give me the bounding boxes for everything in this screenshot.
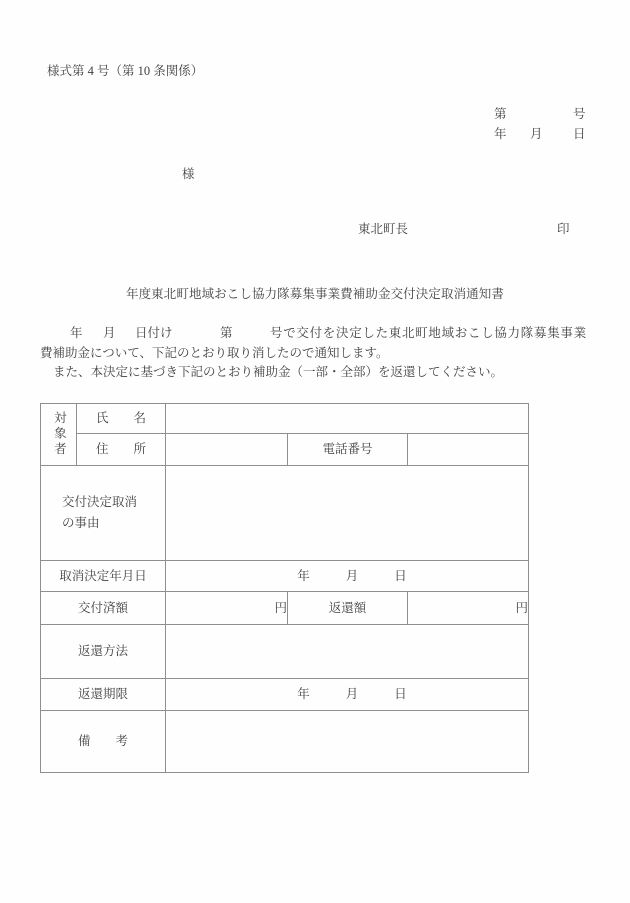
body-line1-number-prefix: 第 (220, 326, 233, 341)
doc-date-year-label: 年 (494, 127, 507, 142)
row-refund-deadline: 返還期限 年 月 日 (41, 679, 529, 711)
address-label-cell: 住 所 (77, 434, 166, 466)
row-name: 対象者 氏 名 (41, 404, 529, 434)
paid-amount-value-cell: 円 (166, 592, 288, 625)
body-line1-year-label: 年 (70, 326, 83, 341)
row-amounts: 交付済額 円 返還額 円 (41, 592, 529, 625)
name-value-cell (166, 404, 529, 434)
address-value-cell (166, 434, 288, 466)
refund-deadline-year-label: 年 (297, 687, 310, 702)
remarks-value-cell (166, 711, 529, 773)
phone-value-cell (408, 434, 529, 466)
document-page: 様式第 4 号（第 10 条関係） 第 号 年 月 日 様 東北町長 印 年度東… (0, 0, 630, 903)
cancel-date-month-label: 月 (346, 569, 359, 584)
subject-group-label: 対象者 (52, 411, 66, 458)
paid-amount-label-cell: 交付済額 (41, 592, 166, 625)
body-line2: 費補助金について、下記のとおり取り消したので通知します。 (40, 346, 389, 361)
subject-group-cell: 対象者 (41, 404, 77, 466)
body-line1-month-label: 月 (103, 326, 116, 341)
form-table: 対象者 氏 名 住 所 電話番号 交付決定取消 の事由 (40, 403, 529, 773)
body-line1-text: 号で交付を決定した東北町地域おこし協力隊募集事業 (270, 326, 587, 341)
form-number: 様式第 4 号（第 10 条関係） (47, 64, 203, 79)
refund-deadline-month-label: 月 (346, 687, 359, 702)
doc-date-month-label: 月 (530, 127, 543, 142)
remarks-label-cell: 備 考 (41, 711, 166, 773)
doc-number-prefix: 第 (494, 107, 507, 122)
name-label-cell: 氏 名 (77, 404, 166, 434)
row-reason: 交付決定取消 の事由 (41, 466, 529, 561)
addressee-honorific: 様 (182, 167, 195, 182)
refund-amount-label-cell: 返還額 (288, 592, 408, 625)
phone-label-cell: 電話番号 (288, 434, 408, 466)
cancel-date-day-label: 日 (394, 569, 407, 584)
cancel-date-year-label: 年 (297, 569, 310, 584)
seal-mark: 印 (557, 222, 570, 237)
refund-amount-value-cell: 円 (408, 592, 529, 625)
row-cancel-date: 取消決定年月日 年 月 日 (41, 561, 529, 592)
refund-method-label-cell: 返還方法 (41, 625, 166, 679)
reason-label-cell: 交付決定取消 の事由 (41, 466, 166, 561)
cancel-date-value-cell: 年 月 日 (166, 561, 529, 592)
reason-label-line1: 交付決定取消 (62, 492, 165, 513)
cancel-date-label-cell: 取消決定年月日 (41, 561, 166, 592)
row-remarks: 備 考 (41, 711, 529, 773)
body-line3: また、本決定に基づき下記のとおり補助金（一部・全部）を返還してください。 (53, 365, 503, 380)
issuer-title: 東北町長 (358, 222, 408, 237)
refund-deadline-label-cell: 返還期限 (41, 679, 166, 711)
document-title: 年度東北町地域おこし協力隊募集事業費補助金交付決定取消通知書 (0, 287, 630, 302)
refund-method-value-cell (166, 625, 529, 679)
row-refund-method: 返還方法 (41, 625, 529, 679)
row-address: 住 所 電話番号 (41, 434, 529, 466)
doc-date-day-label: 日 (573, 127, 586, 142)
reason-label-line2: の事由 (62, 513, 165, 534)
doc-number-suffix: 号 (573, 107, 586, 122)
refund-deadline-value-cell: 年 月 日 (166, 679, 529, 711)
reason-value-cell (166, 466, 529, 561)
body-line1-day-suffix: 日付け (135, 326, 173, 341)
refund-deadline-day-label: 日 (394, 687, 407, 702)
